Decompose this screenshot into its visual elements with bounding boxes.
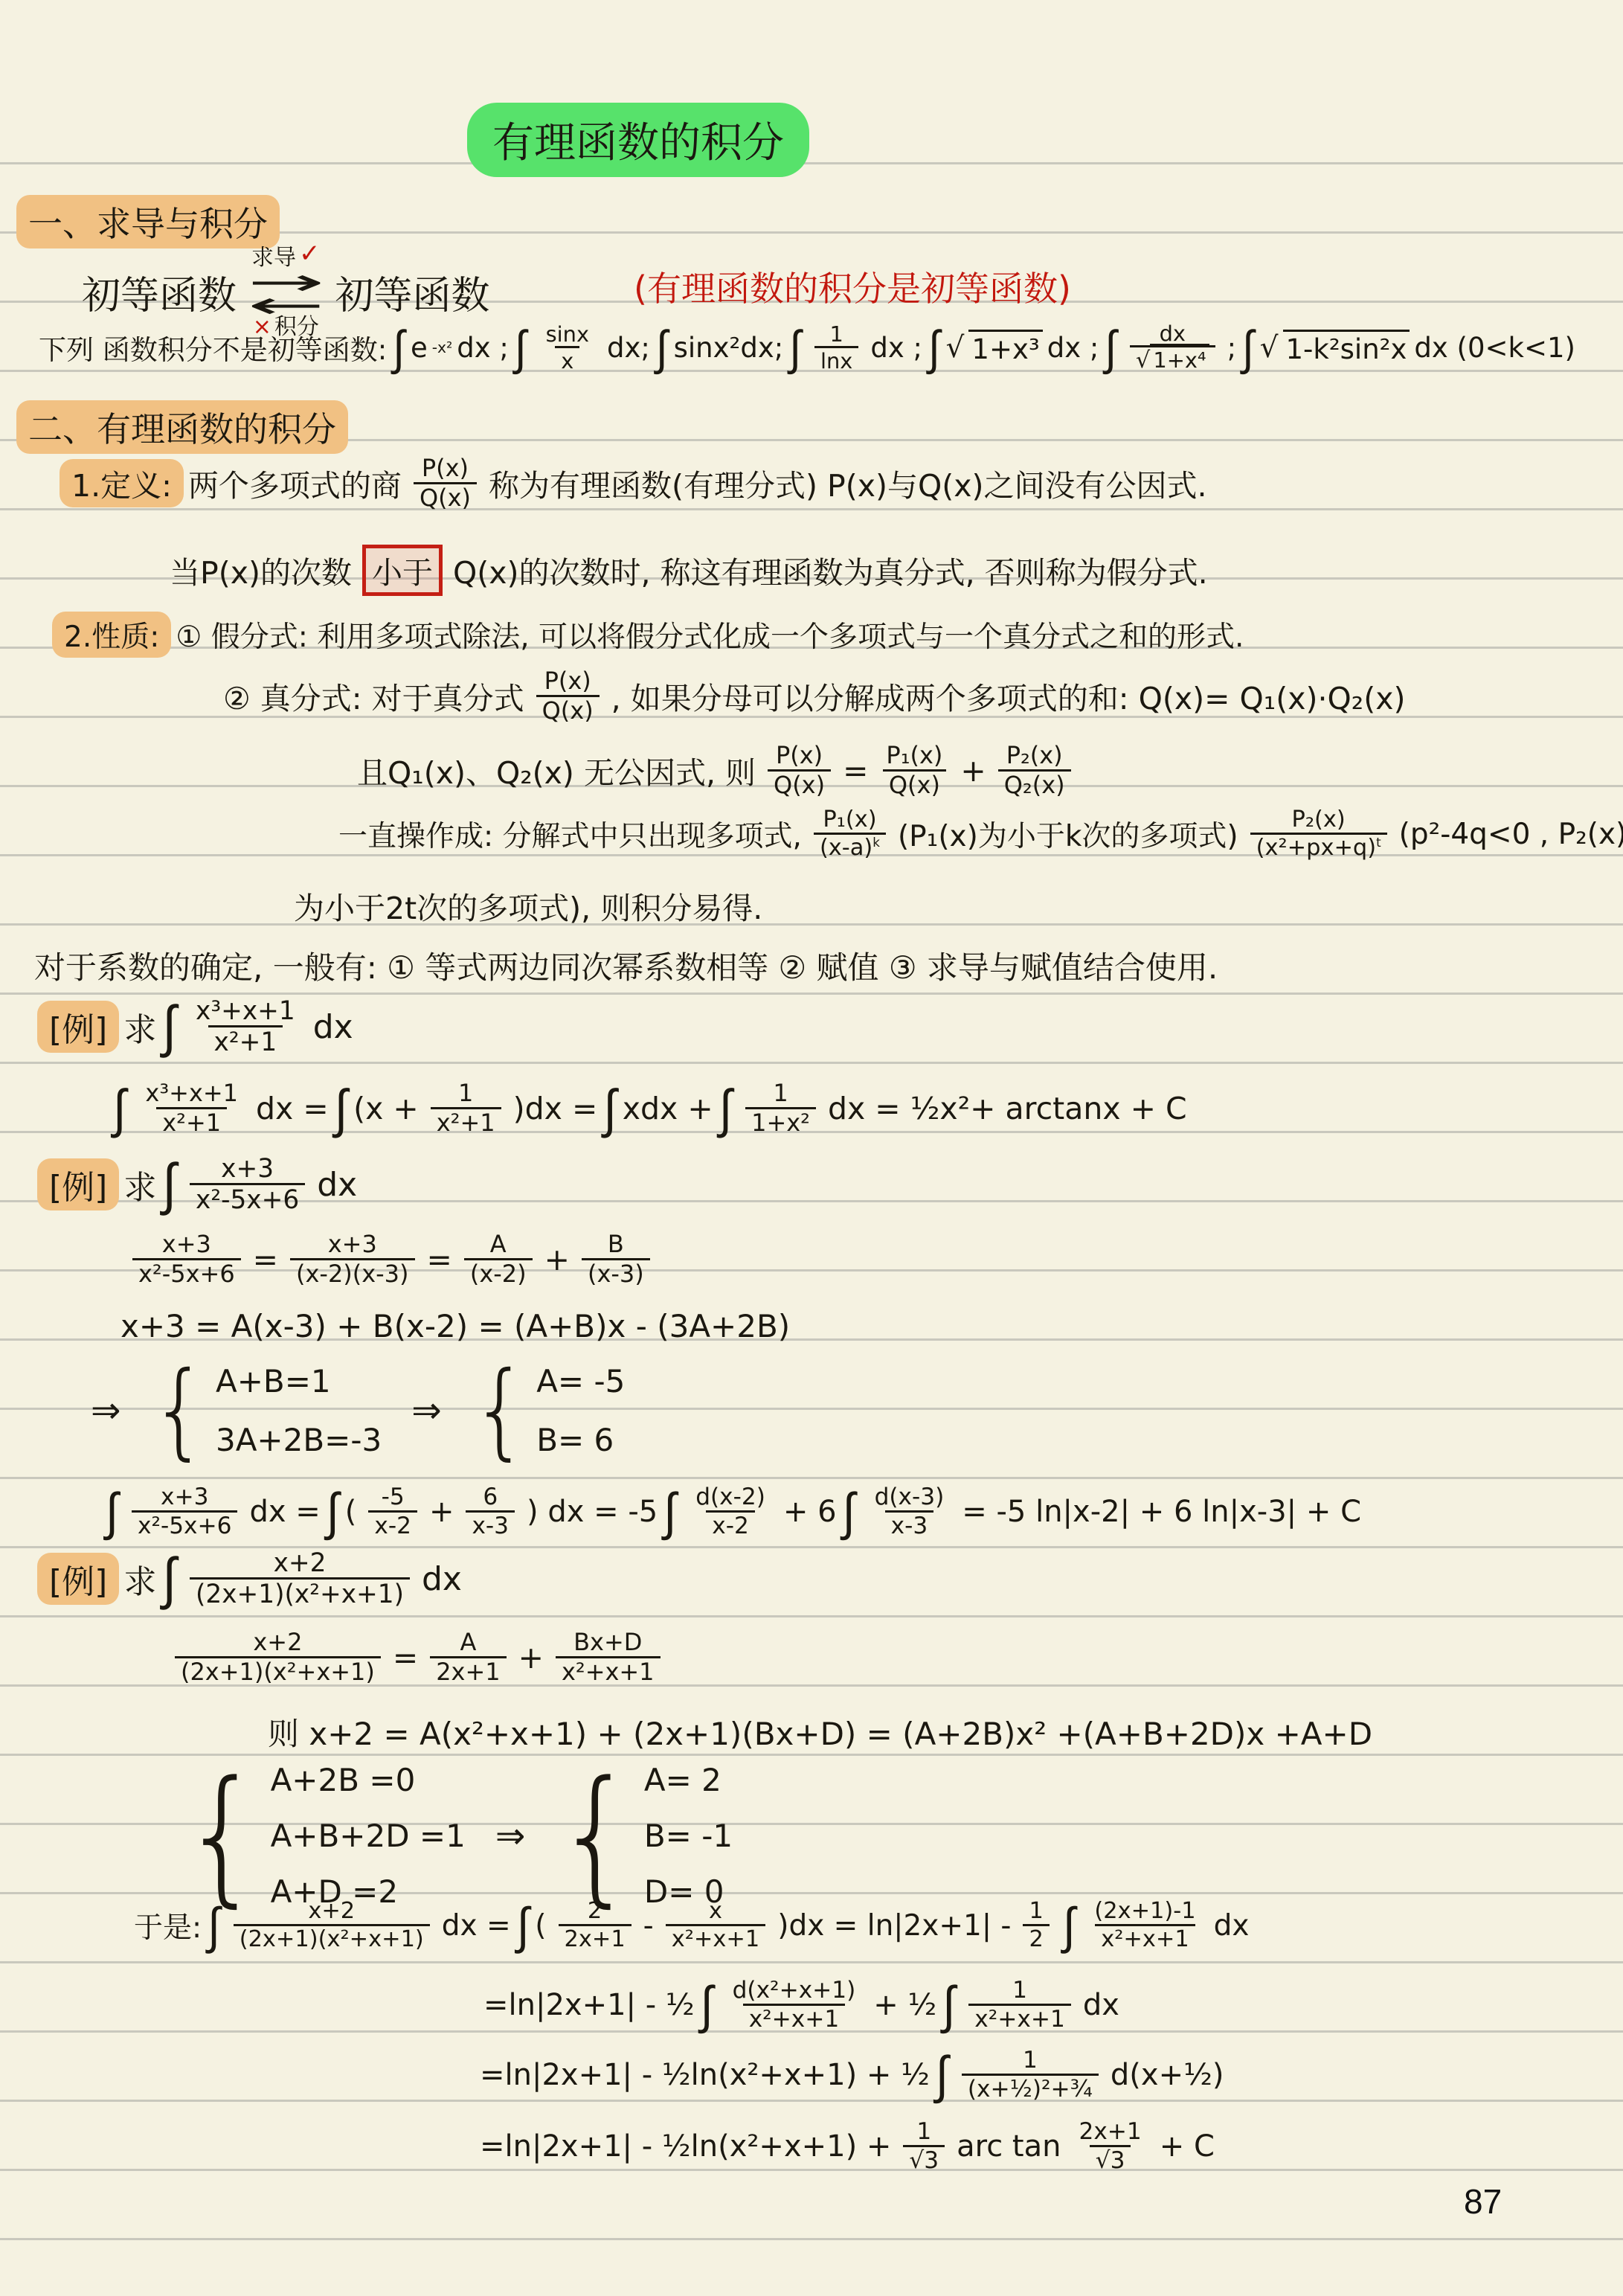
p-over-q: P(x)Q(x) xyxy=(536,668,600,725)
f1-post: dx; xyxy=(607,332,650,364)
numerator: 1 xyxy=(823,322,849,346)
work-text: d(x+½) xyxy=(1111,2058,1224,2092)
denominator: (2x+1)(x²+x+1) xyxy=(234,1924,430,1952)
fraction: 11+x² xyxy=(745,1080,816,1137)
brace-icon: { xyxy=(555,1769,637,1902)
properties-item2-pre: ② 真分式: 对于真分式 xyxy=(223,674,524,718)
example2-work: ∫ x+3x²-5x+6 dx = ∫ ( -5x-2 + 6x-3 ) dx … xyxy=(104,1484,1361,1539)
work-text: + xyxy=(429,1495,454,1529)
work-text: dx = xyxy=(249,1495,320,1529)
numerator: -5 xyxy=(376,1484,411,1510)
less-than-box: 小于 xyxy=(362,545,443,596)
denominator: √3 xyxy=(1090,2145,1131,2174)
brace-icon: { xyxy=(472,1364,530,1458)
numerator: 1 xyxy=(1006,1978,1033,2004)
numerator: x+3 xyxy=(155,1484,214,1510)
definition-line2-b: Q(x)的次数时, 称这有理函数为真分式, 否则称为假分式. xyxy=(453,548,1208,592)
work-pre: 于是: xyxy=(134,1905,202,1946)
fraction: x³+x+1x²+1 xyxy=(139,1080,244,1137)
properties-line2: ② 真分式: 对于真分式 P(x)Q(x) , 如果分母可以分解成两个多项式的和… xyxy=(223,668,1405,725)
denominator: (x+½)²+¾ xyxy=(962,2074,1099,2103)
work-text: dx = ½x²+ arctanx + C xyxy=(828,1091,1187,1126)
integral-sign: ∫ xyxy=(162,1546,176,1612)
integral-sign: ∫ xyxy=(701,1975,713,2036)
example3-integrand: x+2(2x+1)(x²+x+1) xyxy=(190,1549,410,1609)
work-text: dx xyxy=(1214,1909,1250,1943)
den-base: (x²+px+q) xyxy=(1256,835,1376,861)
dx-label: dx xyxy=(317,1166,357,1204)
denominator: x xyxy=(555,346,579,373)
fraction: A(x-2) xyxy=(464,1231,533,1288)
properties-line3-pre: 且Q₁(x)、Q₂(x) 无公因式, 则 xyxy=(357,748,756,792)
example2-heading: [例] 求 ∫ x+3x²-5x+6 dx xyxy=(37,1155,357,1215)
numerator: x xyxy=(703,1899,728,1924)
denominator: x²-5x+6 xyxy=(132,1258,241,1288)
work-text: + C xyxy=(1160,2129,1215,2164)
denominator: x²+1 xyxy=(156,1107,227,1137)
numerator: P(x) xyxy=(770,743,829,769)
integral-sign: ∫ xyxy=(208,1896,220,1955)
numerator: 1 xyxy=(1023,1899,1049,1924)
denominator: x²-5x+6 xyxy=(190,1183,305,1214)
work-text: =ln|2x+1| - ½ xyxy=(483,1988,695,2022)
brace-icon: { xyxy=(150,1364,208,1458)
section2-heading-row: 二、有理函数的积分 xyxy=(16,400,348,454)
example2-integrand: x+3x²-5x+6 xyxy=(190,1155,305,1215)
implies-icon: ⇒ xyxy=(91,1390,120,1431)
properties-line4-post: (p²-4q<0 , P₂(x) xyxy=(1399,818,1623,851)
example1-lead: 求 xyxy=(123,1003,156,1051)
integral-sign: ∫ xyxy=(162,1152,176,1217)
denominator: x²+x+1 xyxy=(1095,1924,1195,1952)
work-text: =ln|2x+1| - ½ln(x²+x+1) + ½ xyxy=(480,2058,930,2092)
nonelementary-intro: 下列 函数积分不是初等函数: xyxy=(39,327,387,368)
radical-icon: √ xyxy=(1260,331,1279,365)
radical-icon: √ xyxy=(1136,347,1150,373)
integral-sign: ∫ xyxy=(1242,320,1254,376)
work-text: + 6 xyxy=(783,1495,837,1529)
work-text: (x + xyxy=(353,1091,419,1126)
properties-line4: 一直操作成: 分解式中只出现多项式, P₁(x)(x-a)k (P₁(x)为小于… xyxy=(338,807,1623,861)
numerator: P₁(x) xyxy=(880,743,948,769)
numerator: 2x+1 xyxy=(1073,2119,1147,2145)
example-tag: [例] xyxy=(37,1158,119,1210)
dx-label: dx xyxy=(313,1008,353,1046)
properties-line4-mid: (P₁(x)为小于k次的多项式) xyxy=(898,813,1238,855)
page-title: 有理函数的积分 xyxy=(467,103,809,177)
expand-equation: x+3 = A(x-3) + B(x-2) = (A+B)x - (3A+2B) xyxy=(120,1308,790,1344)
fraction: x+3x²-5x+6 xyxy=(132,1484,238,1539)
work-text: ) dx = -5 xyxy=(527,1495,658,1529)
properties-line3: 且Q₁(x)、Q₂(x) 无公因式, 则 P(x)Q(x) = P₁(x)Q(x… xyxy=(357,743,1079,799)
denominator: x²+x+1 xyxy=(743,2004,846,2033)
page-title-row: 有理函数的积分 xyxy=(467,103,809,177)
system-rows: A= -5B= 6 xyxy=(536,1363,625,1458)
example3-lead: 求 xyxy=(123,1555,156,1603)
integral-sign: ∫ xyxy=(162,994,176,1059)
den-exponent: k xyxy=(872,835,880,850)
integral-sign: ∫ xyxy=(335,1077,347,1139)
radicand: 1+x³ xyxy=(968,330,1042,365)
example3-decomposition: x+2(2x+1)(x²+x+1) = A2x+1 + Bx+Dx²+x+1 xyxy=(167,1629,668,1686)
den-base: (x-a) xyxy=(820,835,872,861)
example1-integrand: x³+x+1x²+1 xyxy=(190,997,301,1057)
definition-before: 两个多项式的商 xyxy=(188,461,402,505)
p-over-q: P(x)Q(x) xyxy=(414,455,477,512)
work-text: + ½ xyxy=(873,1988,936,2022)
notebook-page: 有理函数的积分 一、求导与积分 初等函数 求导 ✓ → ← × 积分 初等函数 … xyxy=(0,0,1623,2296)
properties-tag: 2.性质: xyxy=(52,612,171,658)
example1-work: ∫ x³+x+1x²+1 dx = ∫ (x + 1x²+1 )dx = ∫ x… xyxy=(112,1080,1187,1137)
denominator: (2x+1)(x²+x+1) xyxy=(175,1656,381,1686)
work-text: =ln|2x+1| - ½ln(x²+x+1) + xyxy=(480,2129,891,2164)
radical-icon: √ xyxy=(946,331,965,365)
example-tag: [例] xyxy=(37,1553,119,1605)
integral-sign: ∫ xyxy=(113,1077,126,1139)
f2-post: dx ; xyxy=(870,332,922,364)
example2-expand: x+3 = A(x-3) + B(x-2) = (A+B)x - (3A+2B) xyxy=(120,1308,790,1344)
numerator: 6 xyxy=(477,1484,504,1510)
integral-sign: ∫ xyxy=(603,1077,616,1139)
plus-sign: + xyxy=(960,753,986,789)
work-text: dx xyxy=(1083,1988,1119,2022)
fraction: Bx+Dx²+x+1 xyxy=(556,1629,661,1686)
denominator: 2x+1 xyxy=(559,1924,631,1952)
implies-icon: ⇒ xyxy=(411,1390,441,1431)
properties-item2-post: , 如果分母可以分解成两个多项式的和: Q(x)= Q₁(x)·Q₂(x) xyxy=(611,674,1406,718)
system-row: B= -1 xyxy=(644,1818,733,1854)
fraction: x+2(2x+1)(x²+x+1) xyxy=(234,1899,430,1952)
left-arrow-icon: ← xyxy=(222,294,350,317)
integral-sign: ∫ xyxy=(1105,320,1116,376)
fraction: 1x²+x+1 xyxy=(968,1978,1071,2033)
solution-system: {A= -5B= 6 xyxy=(472,1363,626,1458)
section1-heading-row: 一、求导与积分 xyxy=(16,195,280,248)
p-over-q: P(x)Q(x) xyxy=(768,743,831,799)
p2-over-quadratic-t: P₂(x)(x²+px+q)t xyxy=(1250,807,1387,861)
diagram-right-term: 初等函数 xyxy=(335,264,490,320)
system-rows: A= 2B= -1D= 0 xyxy=(644,1762,733,1910)
denominator: x-3 xyxy=(466,1510,515,1539)
red-note: (有理函数的积分是初等函数) xyxy=(634,262,1071,311)
denominator: lnx xyxy=(814,346,858,373)
system-row: A= -5 xyxy=(536,1363,625,1399)
integral-sign: ∫ xyxy=(517,1896,530,1955)
numerator: 1 xyxy=(1017,2048,1044,2074)
integral-sign: ∫ xyxy=(515,320,527,376)
fraction: B(x-3) xyxy=(582,1231,650,1288)
dx-label: dx xyxy=(422,1560,462,1598)
example3-system: {A+2B =0A+B+2D =1A+D =2 ⇒ {A= 2B= -1D= 0 xyxy=(173,1762,742,1910)
work-text: - xyxy=(643,1909,654,1943)
integral-sign: ∫ xyxy=(327,1481,339,1542)
properties-line5-text: 为小于2t次的多项式), 则积分易得. xyxy=(294,884,762,928)
denominator: x²+x+1 xyxy=(556,1656,661,1686)
numerator: P₁(x) xyxy=(817,807,882,833)
fraction: 1√3 xyxy=(903,2119,945,2174)
denominator: (x-a)k xyxy=(814,833,886,861)
fraction: 2x+1√3 xyxy=(1073,2119,1147,2174)
numerator: P(x) xyxy=(539,668,597,695)
integral-sign: ∫ xyxy=(942,1975,955,2036)
integral-sign: ∫ xyxy=(656,320,668,376)
system-rows: A+2B =0A+B+2D =1A+D =2 xyxy=(271,1762,466,1910)
denominator: x²+1 xyxy=(208,1025,283,1056)
integral-sign: ∫ xyxy=(106,1481,118,1542)
numerator: x+3 xyxy=(215,1155,280,1183)
integral-sign: ∫ xyxy=(1063,1896,1076,1955)
work-text: xdx + xyxy=(623,1091,713,1126)
fraction: d(x²+x+1)x²+x+1 xyxy=(727,1978,862,2033)
definition-line2-a: 当P(x)的次数 xyxy=(170,548,352,592)
e-post: dx ; xyxy=(457,332,509,364)
numerator: 1 xyxy=(767,1080,794,1107)
coefficient-methods-text: 对于系数的确定, 一般有: ① 等式两边同次幂系数相等 ② 赋值 ③ 求导与赋值… xyxy=(34,943,1218,988)
system-row: A+2B =0 xyxy=(271,1762,416,1798)
denominator: Q(x) xyxy=(883,769,946,799)
system-row: A= 2 xyxy=(644,1762,721,1798)
numerator: 1 xyxy=(910,2119,937,2145)
denominator: x²+x+1 xyxy=(968,2004,1071,2033)
denominator: x²-5x+6 xyxy=(132,1510,238,1539)
fraction: 22x+1 xyxy=(559,1899,631,1952)
numerator: 1 xyxy=(452,1080,479,1107)
system-row: B= 6 xyxy=(536,1422,614,1458)
denominator: (x²+px+q)t xyxy=(1250,833,1387,861)
fraction: d(x-2)x-2 xyxy=(690,1484,771,1539)
fraction: 6x-3 xyxy=(466,1484,515,1539)
numerator: sinx xyxy=(540,322,595,346)
numerator: d(x-2) xyxy=(690,1484,771,1510)
implies-icon: ⇒ xyxy=(495,1815,525,1857)
work-text: )dx = xyxy=(513,1091,598,1126)
p2-over-q2: P₂(x)Q₂(x) xyxy=(998,743,1071,799)
fraction: 1x²+1 xyxy=(431,1080,501,1137)
sinx-over-x: sinxx xyxy=(540,322,595,373)
numerator: x+2 xyxy=(268,1549,332,1577)
one-half-fraction: 12 xyxy=(1023,1899,1049,1952)
numerator: A xyxy=(454,1629,482,1656)
example3-expand: 则 x+2 = A(x²+x+1) + (2x+1)(Bx+D) = (A+2B… xyxy=(268,1710,1372,1754)
example-tag: [例] xyxy=(37,1001,119,1053)
numerator: x³+x+1 xyxy=(139,1080,244,1107)
numerator: Bx+D xyxy=(568,1629,648,1656)
rad1-post: dx ; xyxy=(1047,332,1099,364)
fraction: xx²+x+1 xyxy=(666,1899,765,1952)
solution-system: {A= 2B= -1D= 0 xyxy=(555,1762,733,1910)
numerator: 2 xyxy=(582,1899,608,1924)
work-text: dx = xyxy=(442,1909,511,1943)
radicand: 1-k²sin²x xyxy=(1283,330,1410,365)
denominator: x²+x+1 xyxy=(666,1924,765,1952)
work-text: ( xyxy=(345,1495,357,1529)
nonelementary-integrals-line: 下列 函数积分不是初等函数: ∫e-x² dx ; ∫ sinxx dx; ∫s… xyxy=(39,321,1575,373)
work-text: dx = xyxy=(256,1091,329,1126)
fraction: x+3(x-2)(x-3) xyxy=(290,1231,414,1288)
numerator: x+2 xyxy=(247,1629,308,1656)
example2-decomposition: x+3x²-5x+6 = x+3(x-2)(x-3) = A(x-2) + B(… xyxy=(125,1231,658,1288)
denominator: 1+x² xyxy=(745,1107,816,1137)
denominator: √3 xyxy=(903,2145,945,2174)
example2-system: ⇒ {A+B=13A+2B=-3 ⇒ {A= -5B= 6 xyxy=(74,1363,634,1458)
dx-over-sqrt: dx√1+x⁴ xyxy=(1130,321,1215,373)
numerator: (2x+1)-1 xyxy=(1088,1899,1201,1924)
one-over-lnx: 1lnx xyxy=(814,322,858,373)
definition-tag: 1.定义: xyxy=(60,459,184,507)
f3-post: ; xyxy=(1227,332,1236,364)
definition-line: 1.定义: 两个多项式的商 P(x)Q(x) 称为有理函数(有理分式) P(x)… xyxy=(60,455,1207,512)
fraction: 1(x+½)²+¾ xyxy=(962,2048,1099,2103)
numerator: x³+x+1 xyxy=(190,997,301,1025)
expand-equation: 则 x+2 = A(x²+x+1) + (2x+1)(Bx+D) = (A+2B… xyxy=(268,1710,1372,1754)
sinx2-term: sinx²dx; xyxy=(674,332,784,364)
system-rows: A+B=13A+2B=-3 xyxy=(216,1363,382,1458)
diagram-left-term: 初等函数 xyxy=(82,264,237,320)
plus-sign: + xyxy=(544,1242,570,1277)
example3-work3: =ln|2x+1| - ½ln(x²+x+1) + ½ ∫ 1(x+½)²+¾ … xyxy=(480,2048,1224,2103)
fraction: x+3x²-5x+6 xyxy=(132,1231,241,1288)
work-text: )dx = ln|2x+1| - xyxy=(777,1909,1011,1943)
denominator: (x-2) xyxy=(464,1258,533,1288)
section1-heading: 一、求导与积分 xyxy=(16,195,280,248)
system-row: A+B=1 xyxy=(216,1363,331,1399)
denominator: Q(x) xyxy=(414,482,477,512)
p1-over-q1: P₁(x)Q(x) xyxy=(880,743,948,799)
fraction: -5x-2 xyxy=(368,1484,417,1539)
e-base: e xyxy=(411,332,428,364)
numerator: x+3 xyxy=(322,1231,383,1258)
work-text: ( xyxy=(535,1909,546,1943)
fraction: d(x-3)x-3 xyxy=(869,1484,951,1539)
equals-sign: = xyxy=(393,1640,418,1675)
denominator: √1+x⁴ xyxy=(1130,345,1215,373)
numerator: x+3 xyxy=(156,1231,217,1258)
numerator: d(x²+x+1) xyxy=(727,1978,862,2004)
example3-heading: [例] 求 ∫ x+2(2x+1)(x²+x+1) dx xyxy=(37,1549,462,1609)
properties-item1: ① 假分式: 利用多项式除法, 可以将假分式化成一个多项式与一个真分式之和的形式… xyxy=(176,614,1244,655)
numerator: B xyxy=(602,1231,630,1258)
definition-line2: 当P(x)的次数 小于 Q(x)的次数时, 称这有理函数为真分式, 否则称为假分… xyxy=(170,545,1208,596)
numerator: d(x-3) xyxy=(869,1484,951,1510)
p1-over-xa-k: P₁(x)(x-a)k xyxy=(814,807,886,861)
den-exponent: t xyxy=(1376,835,1381,850)
denominator: (x-2)(x-3) xyxy=(290,1258,414,1288)
example1-heading: [例] 求 ∫ x³+x+1x²+1 dx xyxy=(37,997,353,1057)
integral-sign: ∫ xyxy=(663,1481,676,1542)
example3-work2: =ln|2x+1| - ½ ∫ d(x²+x+1)x²+x+1 + ½ ∫ 1x… xyxy=(483,1978,1119,2033)
equals-sign: = xyxy=(427,1242,452,1277)
equation-system: {A+B=13A+2B=-3 xyxy=(150,1363,382,1458)
integral-sign: ∫ xyxy=(928,320,940,376)
fraction: x+2(2x+1)(x²+x+1) xyxy=(175,1629,381,1686)
equals-sign: = xyxy=(253,1242,278,1277)
numerator: P₂(x) xyxy=(1000,743,1069,769)
denominator: x-2 xyxy=(368,1510,417,1539)
properties-line1: 2.性质: ① 假分式: 利用多项式除法, 可以将假分式化成一个多项式与一个真分… xyxy=(52,612,1244,658)
equals-sign: = xyxy=(843,753,868,789)
plus-sign: + xyxy=(518,1640,544,1675)
numerator: P(x) xyxy=(416,455,475,482)
integral-sign: ∫ xyxy=(719,1077,732,1139)
coefficient-methods-line: 对于系数的确定, 一般有: ① 等式两边同次幂系数相等 ② 赋值 ③ 求导与赋值… xyxy=(34,943,1218,988)
numerator: P₂(x) xyxy=(1286,807,1352,833)
work-text: arc tan xyxy=(957,2129,1061,2164)
equation-system: {A+2B =0A+B+2D =1A+D =2 xyxy=(181,1762,466,1910)
integral-sign: ∫ xyxy=(393,320,405,376)
denominator: x²+1 xyxy=(431,1107,501,1137)
numerator: A xyxy=(484,1231,512,1258)
work-text: = -5 ln|x-2| + 6 ln|x-3| + C xyxy=(962,1495,1361,1529)
example3-work4: =ln|2x+1| - ½ln(x²+x+1) + 1√3 arc tan 2x… xyxy=(480,2119,1215,2174)
denominator: Q(x) xyxy=(768,769,831,799)
example2-lead: 求 xyxy=(123,1161,156,1208)
denominator: (2x+1)(x²+x+1) xyxy=(190,1577,410,1609)
rad2-post: dx (0<k<1) xyxy=(1414,332,1575,364)
integral-sign: ∫ xyxy=(789,320,801,376)
denominator: 2 xyxy=(1023,1924,1049,1952)
denominator: Q(x) xyxy=(536,695,600,725)
definition-after: 称为有理函数(有理分式) P(x)与Q(x)之间没有公因式. xyxy=(489,461,1207,505)
fraction: A2x+1 xyxy=(430,1629,506,1686)
numerator: dx xyxy=(1154,321,1192,345)
example3-work1: 于是: ∫ x+2(2x+1)(x²+x+1) dx = ∫ ( 22x+1 -… xyxy=(134,1899,1249,1952)
brace-icon: { xyxy=(181,1769,263,1902)
integral-sign: ∫ xyxy=(936,2045,948,2106)
fraction: (2x+1)-1x²+x+1 xyxy=(1088,1899,1201,1952)
system-row: 3A+2B=-3 xyxy=(216,1422,382,1458)
denominator: (x-3) xyxy=(582,1258,650,1288)
radicand: 1+x⁴ xyxy=(1150,344,1209,373)
denominator: x-2 xyxy=(706,1510,755,1539)
integral-sign: ∫ xyxy=(843,1481,855,1542)
e-exponent: -x² xyxy=(432,339,453,356)
numerator: x+2 xyxy=(302,1899,361,1924)
system-row: A+B+2D =1 xyxy=(271,1818,466,1854)
denominator: Q₂(x) xyxy=(998,769,1071,799)
properties-line4-pre: 一直操作成: 分解式中只出现多项式, xyxy=(338,813,802,855)
red-note-row: (有理函数的积分是初等函数) xyxy=(634,262,1071,311)
page-number: 87 xyxy=(1464,2181,1502,2222)
denominator: 2x+1 xyxy=(430,1656,506,1686)
denominator: x-3 xyxy=(885,1510,934,1539)
section2-heading: 二、有理函数的积分 xyxy=(16,400,348,454)
properties-line5: 为小于2t次的多项式), 则积分易得. xyxy=(294,884,762,928)
